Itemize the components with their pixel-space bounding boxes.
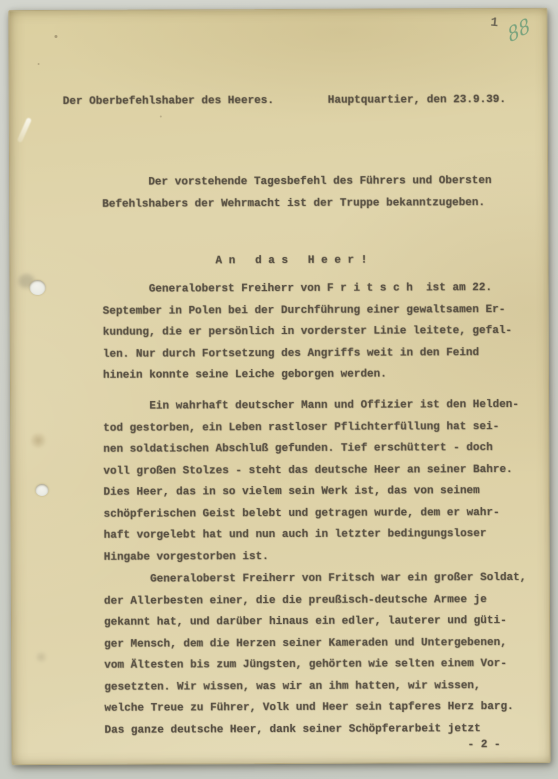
pencil-smudge <box>29 432 47 449</box>
letterhead-place-date: Hauptquartier, den 23.9.39. <box>328 90 506 112</box>
paper-speck <box>160 116 162 118</box>
letterhead-sender: Der Oberbefehlshaber des Heeres. <box>63 91 274 113</box>
paragraph-fritsch-fallen: Generaloberst Freiherr von F r i t s c h… <box>103 278 513 387</box>
document-heading: A n d a s H e e r ! <box>215 251 367 273</box>
handwritten-tick-mark: 1 <box>490 15 502 32</box>
paper-speck <box>38 63 40 65</box>
paragraph-heldentod: Ein wahrhaft deutscher Mann und Offizier… <box>103 395 520 569</box>
punch-hole-top <box>30 280 46 295</box>
paper-scratch <box>17 117 32 143</box>
punch-hole-bottom <box>35 484 48 496</box>
intro-paragraph: Der vorstehende Tagesbefehl des Führers … <box>102 171 492 216</box>
page-number: - 2 - <box>468 735 501 757</box>
document-page: Der Oberbefehlshaber des Heeres. Hauptqu… <box>8 8 550 765</box>
pencil-smudge-lower <box>34 651 48 663</box>
paragraph-grosser-soldat: Generaloberst Freiherr von Fritsch war e… <box>104 568 527 742</box>
handwritten-scribble: 88 <box>493 0 547 65</box>
scan-background: { "letterhead": { "sender": "Der Oberbef… <box>0 0 558 779</box>
paper-speck <box>54 35 57 38</box>
